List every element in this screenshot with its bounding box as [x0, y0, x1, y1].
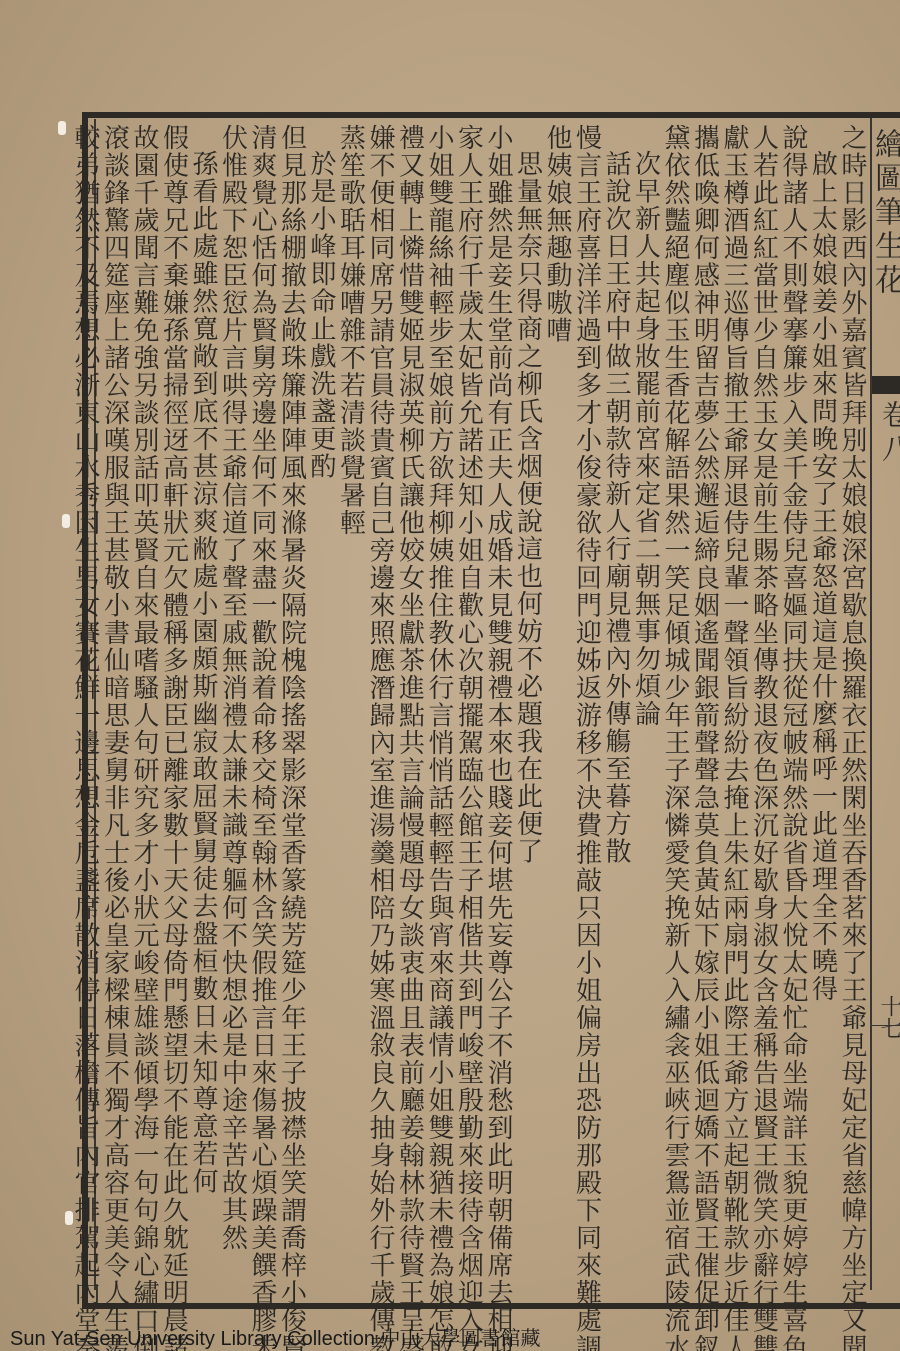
text-column: 滾談鋒驚四筵座上諸公深嘆服與王甚敬小書仙暗思妻舅非凡士後必皇家樑棟員不獨才高容更… — [99, 124, 129, 1290]
text-column: 故園千歲聞言難免強另談別話叩英賢自來最嗜騷人句研究多才小狀元峻壁雄談傾學海一句句… — [129, 124, 159, 1290]
text-column: 較弟猶然不及焉想必浙東山水秀因生男女賽花鮮一邊思想金卮盞席散消停日落檐傳旨內官排… — [70, 124, 100, 1290]
text-column: 蒸笙歌聒耳嫌嘈雜不若清談覺暑輕 — [335, 124, 365, 1290]
text-column: 說得諸人不則聲搴簾步入美千金侍兒喜嫗同扶從冠帔端然說省昏大悅太妃忙命坐端詳玉貌更… — [778, 124, 808, 1290]
text-column: 小姐雖然是妾生堂前尚有正夫人成婚未見雙親禮本來也賤妾何堪先妄尊公子不消愁到此明朝… — [483, 124, 513, 1290]
text-column: 黛依然豔絕塵似玉生香花解語果然一笑足傾城少年王子深憐愛笑挽新人入繡衾巫峽行雲鴛並… — [660, 124, 690, 1290]
text-column: 獻玉樽酒過三巡傳旨撤王爺屏退侍兒輩一聲領旨紛紛去掩上朱紅兩扇門此際王爺方立起朝靴… — [719, 124, 749, 1290]
library-caption: Sun Yat-Sen University Library Collectio… — [10, 1322, 541, 1351]
text-column: 次早新人共起身妝罷前宮來定省二朝無事勿煩論 — [630, 124, 660, 1290]
text-column: 小姐雙龍絲袖輕步至娘前方欲拜柳姨推住教休行言悄悄話輕輕告與宵來商議情小姐雙親猶未… — [424, 124, 454, 1290]
text-column: 慢言王府喜洋洋過到多才小俊豪欲待回門迎姊返游移不決費推敲只因小姐偏房出恐防那殿下… — [571, 124, 601, 1290]
text-column: 嫌不便相同席另請官員待貴賓自己旁邊來照應潛歸內室進湯羹相陪乃姊寒溫敘良久抽身始外… — [365, 124, 395, 1290]
vertical-text-body: 之時日影西內外嘉賓皆拜別太娘娘深宮歇息換羅衣正然閑坐吞香茗來了王爺見母妃定省慈幃… — [100, 124, 866, 1290]
text-column: 但見那絲棚撤去敞珠簾陣陣風來滌暑炎隔院槐陰搖翠影深堂香篆繞芳筵少年王子披襟坐笑謂… — [276, 124, 306, 1290]
text-column: 禮又轉上憐惜雙姬見淑英柳氏讓他姣女坐獻茶進點共言論慢題母女談衷曲且表前廳姜翰林款… — [394, 124, 424, 1290]
volume-label: 卷八 — [874, 400, 900, 468]
text-column: 他姨娘無趣動嗷嘈 — [542, 124, 572, 1290]
text-column: 之時日影西內外嘉賓皆拜別太娘娘深宮歇息換羅衣正然閑坐吞香茗來了王爺見母妃定省慈幃… — [837, 124, 867, 1290]
text-column: 孫看此處雖然寬敞到底不甚涼爽敝處小園頗斯幽寂敢屈賢舅徒去盤桓數日未知尊意若何 — [188, 124, 218, 1290]
text-column: 假使尊兄不棄嫌孫當掃徑迓高軒狀元欠體稱多謝臣已離家數十天父母倚門懸望切不能在此久… — [158, 124, 188, 1290]
text-column: 伏惟殿下恕臣愆片言哄得王爺信道了聲至戚無消禮太謙未識尊軀何不快想必是中途辛苦故其… — [217, 124, 247, 1290]
text-column: 思量無奈只得商之柳氏含烟便說這也何妨不必題我在此便了 — [512, 124, 542, 1290]
margin-divider — [872, 1025, 900, 1026]
text-column: 於是小峰即命止戲洗盞更酌 — [306, 124, 336, 1290]
text-column: 啟上太娘娘姜小姐來問晚安了王爺怒道這是什麼稱呼一此道理全不曉得 — [807, 124, 837, 1290]
text-column: 攜低喚卿何感神明留吉夢公然邂逅締良姻遙聞銀箭聲聲急莫負黃姑下嫁辰小姐低迴嬌不語賢… — [689, 124, 719, 1290]
text-column: 話說次日王府中做三朝款待新人行廟見禮內外傳觴至暮方散 — [601, 124, 631, 1290]
book-title: 繪圖筆生花 — [873, 128, 900, 298]
page-number: 十七 — [874, 995, 900, 1039]
text-column: 清爽覺心恬何為賢舅旁邊坐何不同來盡一歡說着命移交椅至翰林含笑假推言日來傷暑心煩躁… — [247, 124, 277, 1290]
fishtail-mark — [872, 376, 900, 394]
binding-hole — [58, 121, 66, 135]
book-page-scan: 繪圖筆生花 卷八 十七 之時日影西內外嘉賓皆拜別太娘娘深宮歇息換羅衣正然閑坐吞香… — [0, 0, 900, 1351]
text-column: 人若此紅紅當世少自然玉女是前生賜茶略坐傳教退夜色深沉好歇身淑女含羞稱告退賢王微笑… — [748, 124, 778, 1290]
text-column: 家人王府行千歲太妃皆允諾述知小姐自歡心次朝擺駕臨公館王子相偕共到門峻壁殷勤來接待… — [453, 124, 483, 1290]
